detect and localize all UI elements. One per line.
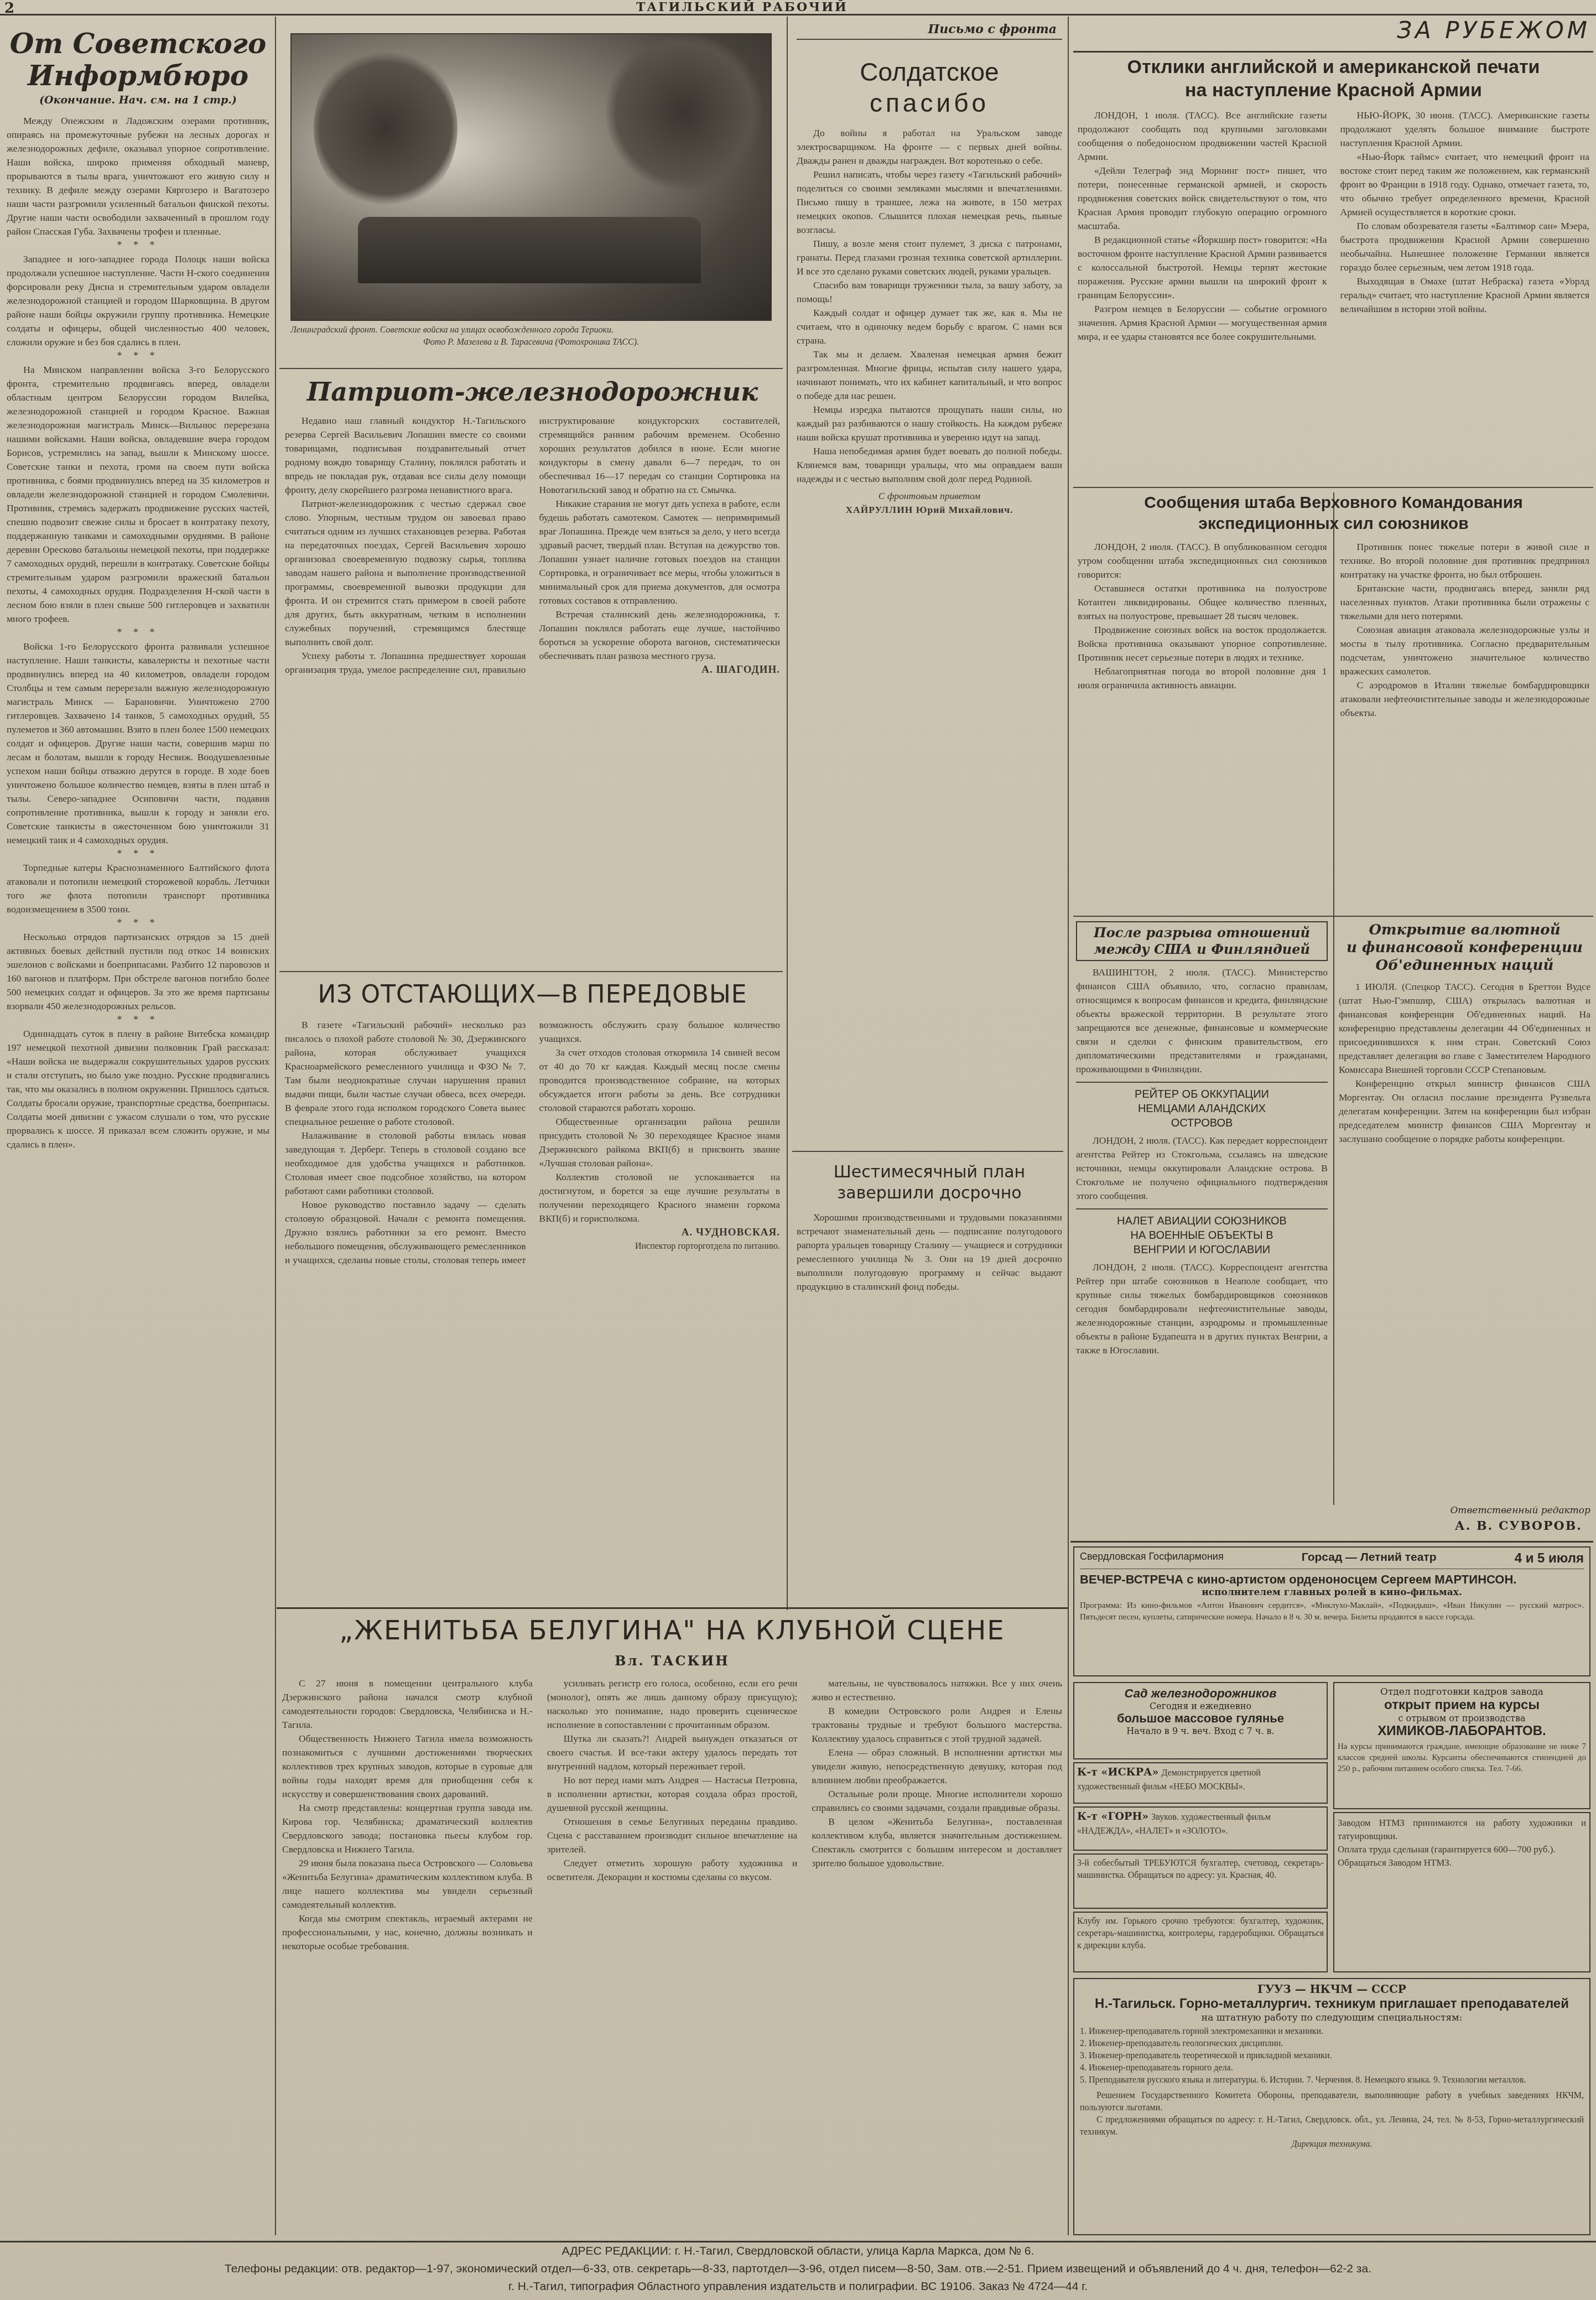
paragraph: Так мы и делаем. Хваленая немецкая армия…: [797, 347, 1062, 403]
technikum-address: С предложениями обращаться по адресу: г.…: [1080, 2114, 1584, 2138]
page-header: 2 ТАГИЛЬСКИЙ РАБОЧИЙ: [0, 0, 1596, 15]
garden-title: Сад железнодорожников: [1078, 1686, 1323, 1701]
conference-title-line1: Открытие валютной: [1339, 921, 1590, 939]
technikum-item: 2. Инженер-преподаватель геологических д…: [1080, 2038, 1584, 2050]
theatre-review-article: „ЖЕНИТЬБА БЕЛУГИНА" НА КЛУБНОЙ СЦЕНЕ Вл.…: [282, 1613, 1062, 2238]
newspaper-page: 2 ТАГИЛЬСКИЙ РАБОЧИЙ От Советского Инфор…: [0, 0, 1596, 2300]
separator: * * *: [7, 847, 269, 861]
paper-name: ТАГИЛЬСКИЙ РАБОЧИЙ: [636, 0, 848, 14]
divider: [1076, 1082, 1328, 1083]
divider: [792, 1151, 1063, 1152]
paragraph: Войска 1-го Белорусского фронта развивал…: [7, 640, 269, 847]
technikum-subtitle: на штатную работу по следующим специальн…: [1080, 2012, 1584, 2023]
garden-line1: Сегодня и ежедневно: [1078, 1701, 1323, 1711]
letter-article: Письмо с фронта Солдатское спасибо До во…: [797, 22, 1062, 1145]
shaef-body: ЛОНДОН, 2 июля. (ТАСС). В опубликованном…: [1078, 540, 1589, 720]
paragraph: НЬЮ-ЙОРК, 30 июня. (ТАСС). Американские …: [1340, 108, 1590, 150]
raid-title-line3: ВЕНГРИИ И ЮГОСЛАВИИ: [1076, 1243, 1328, 1257]
editor-name: А. В. СУВОРОВ.: [1339, 1519, 1582, 1533]
paragraph: Хорошими производственными и трудовыми п…: [797, 1211, 1062, 1294]
canteen-body: В газете «Тагильский рабочий» несколько …: [285, 1018, 780, 1267]
paragraph: Налаживание в столовой работы взялась но…: [285, 1129, 526, 1198]
philharmonic-details: Программа: Из кино-фильмов «Антон Иванов…: [1080, 1600, 1584, 1623]
paragraph: Немцы изредка пытаются прощупать наши си…: [797, 403, 1062, 444]
canteen-signature: А. ЧУДНОВСКАЯ.: [539, 1226, 781, 1239]
paragraph: Никакие старания не могут дать успеха в …: [539, 497, 781, 608]
separator: * * *: [7, 349, 269, 363]
paragraph: До войны я работал на Уральском заводе э…: [797, 126, 1062, 168]
paragraph: В редакционной статье «Йоркшир пост» гов…: [1078, 233, 1327, 302]
plan-article: Шестимесячный план завершили досрочно Хо…: [797, 1162, 1062, 1605]
technikum-director: Дирекция техникума.: [1080, 2138, 1584, 2151]
paragraph: Наша непобедимая армия будет воевать до …: [797, 444, 1062, 486]
divider: [277, 1607, 1068, 1609]
railway-signature: А. ШАГОДИН.: [539, 663, 781, 677]
paragraph: ВАШИНГТОН, 2 июля. (ТАСС). Министерство …: [1076, 965, 1328, 1076]
philharmonic-ad: Свердловская Госфилармония Горсад — Летн…: [1073, 1546, 1590, 1676]
paragraph: Выходящая в Омахе (штат Небраска) газета…: [1340, 274, 1590, 316]
technikum-item: 4. Инженер-преподаватель горного дела.: [1080, 2062, 1584, 2074]
shaef-right-column: Противник понес тяжелые потери в живой с…: [1340, 540, 1590, 720]
reuters-title-line2: НЕМЦАМИ АЛАНДСКИХ: [1076, 1102, 1328, 1116]
paragraph: Следует отметить хорошую работу художник…: [547, 1856, 798, 1884]
sovinform-subtitle: (Окончание. Нач. см. на 1 стр.): [7, 94, 269, 106]
abroad-rubric: ЗА РУБЕЖОМ: [1076, 17, 1590, 50]
philharmonic-title: ВЕЧЕР-ВСТРЕЧА с кино-артистом орденоносц…: [1080, 1572, 1584, 1587]
theatre-review-author: Вл. ТАСКИН: [282, 1653, 1062, 1669]
shaef-article: Сообщения штаба Верховного Командования …: [1078, 492, 1589, 913]
paragraph: Разгром немцев в Белоруссии — событие ог…: [1078, 302, 1327, 344]
lab-text: На курсы принимаются граждане, имеющие о…: [1338, 1741, 1586, 1774]
raid-title-line2: НА ВОЕННЫЕ ОБЪЕКТЫ В: [1076, 1228, 1328, 1243]
review-column: мательны, не чувствовалось натяжки. Все …: [812, 1676, 1062, 1953]
editor-label: Ответственный редактор: [1339, 1505, 1590, 1516]
technikum-note: Решением Государственного Комитета Оборо…: [1080, 2090, 1584, 2114]
plan-title-line2: завершили досрочно: [797, 1183, 1062, 1204]
sovinform-article: От Советского Информбюро (Окончание. Нач…: [7, 28, 269, 2235]
usa-finland-body: ВАШИНГТОН, 2 июля. (ТАСС). Министерство …: [1076, 965, 1328, 1076]
paragraph: Отношения в семье Белугиных переданы пра…: [547, 1815, 798, 1856]
column-rule: [275, 17, 276, 2235]
canteen-title: ИЗ ОТСТАЮЩИХ—В ПЕРЕДОВЫЕ: [285, 978, 780, 1011]
press-newyork-column: НЬЮ-ЙОРК, 30 июня. (ТАСС). Американские …: [1340, 108, 1590, 344]
vacancy-ad-2: Клубу им. Горького срочно требуются: бух…: [1073, 1912, 1328, 1972]
press-title-line1: Отклики английской и американской печати: [1078, 55, 1589, 79]
garden-ad: Сад железнодорожников Сегодня и ежедневн…: [1073, 1682, 1328, 1759]
photo-tree: [601, 34, 767, 189]
photo-tree: [314, 45, 458, 211]
technikum-item: 5. Преподавателя русского языка и литера…: [1080, 2074, 1584, 2086]
ntmz-line3: Обращаться Заводом НТМЗ.: [1338, 1856, 1586, 1870]
paragraph: Оставшиеся остатки противника на полуост…: [1078, 582, 1327, 623]
divider: [279, 368, 783, 369]
paragraph: Общественность Нижнего Тагила имела возм…: [282, 1732, 533, 1801]
paragraph: Патриот-железнодорожник с честью сдержал…: [285, 497, 526, 649]
column-rule: [787, 17, 788, 1610]
paragraph: «Нью-Йорк таймс» считает, что немецкий ф…: [1340, 150, 1590, 219]
paragraph: ЛОНДОН, 2 июля. (ТАСС). Корреспондент аг…: [1076, 1260, 1328, 1357]
press-london-column: ЛОНДОН, 1 июля. (ТАСС). Все английские г…: [1078, 108, 1327, 344]
divider: [1073, 916, 1593, 917]
paragraph: На Минском направлении войска 3-го Белор…: [7, 363, 269, 626]
letter-title-line2: спасибо: [797, 87, 1062, 118]
paragraph: ЛОНДОН, 2 июля. (ТАСС). Как передает кор…: [1076, 1134, 1328, 1203]
photo-vehicle: [358, 217, 701, 283]
canteen-signature-role: Инспектор горторготдела по питанию.: [539, 1239, 781, 1253]
paragraph: С аэродромов в Италии тяжелые бомбардиро…: [1340, 678, 1590, 720]
page-number: 2: [4, 0, 14, 17]
cinema-name: К-т «ИСКРА»: [1077, 1766, 1158, 1778]
conference-article: Открытие валютной и финансовой конференц…: [1339, 921, 1590, 1502]
separator: * * *: [7, 238, 269, 252]
ntmz-line2: Оплата труда сдельная (гарантируется 600…: [1338, 1843, 1586, 1856]
photo-caption: Ленинградский фронт. Советские войска на…: [290, 324, 772, 336]
reuters-body: ЛОНДОН, 2 июля. (ТАСС). Как передает кор…: [1076, 1134, 1328, 1203]
lab-line2: открыт прием на курсы: [1338, 1697, 1586, 1713]
philharmonic-org: Свердловская Госфилармония: [1080, 1551, 1224, 1566]
letter-body: До войны я работал на Уральском заводе э…: [797, 126, 1062, 517]
philharmonic-desc: исполнителем главных ролей в кино-фильма…: [1080, 1587, 1584, 1598]
paragraph: Спасибо вам товарищи труженики тыла, за …: [797, 278, 1062, 306]
plan-body: Хорошими производственными и трудовыми п…: [797, 1211, 1062, 1294]
shaef-left-column: ЛОНДОН, 2 июля. (ТАСС). В опубликованном…: [1078, 540, 1327, 720]
paragraph: На смотр представлены: концертная группа…: [282, 1801, 533, 1856]
divider: [1076, 1208, 1328, 1209]
shaef-title-line2: экспедиционных сил союзников: [1078, 513, 1589, 534]
paragraph: Елена — образ сложный. В исполнении арти…: [812, 1746, 1062, 1787]
vacancy-text: 3-й собесбытый ТРЕБУЮТСЯ бухгалтер, счет…: [1077, 1857, 1324, 1882]
paragraph: Когда мы смотрим спектакль, играемый акт…: [282, 1912, 533, 1953]
raid-title-line1: НАЛЕТ АВИАЦИИ СОЮЗНИКОВ: [1076, 1214, 1328, 1228]
paragraph: Между Онежским и Ладожским озерами проти…: [7, 114, 269, 238]
conference-body: 1 ИЮЛЯ. (Спецкор ТАСС). Сегодня в Бретто…: [1339, 980, 1590, 1146]
letter-signature: ХАЙРУЛЛИН Юрий Михайлович.: [797, 503, 1062, 517]
paragraph: Противник понес тяжелые потери в живой с…: [1340, 540, 1590, 582]
photo-caption-block: Ленинградский фронт. Советские войска на…: [290, 324, 772, 363]
paragraph: С 27 июня в помещении центрального клуба…: [282, 1676, 533, 1732]
technikum-list: 1. Инженер-преподаватель горной электром…: [1080, 2026, 1584, 2151]
usa-finland-title-line2: между США и Финляндией: [1079, 941, 1324, 958]
paragraph: Общественные организации района решили п…: [539, 1115, 781, 1170]
column-rule: [1068, 17, 1069, 2235]
divider: [1073, 51, 1593, 53]
plan-title-line1: Шестимесячный план: [797, 1162, 1062, 1183]
raid-body: ЛОНДОН, 2 июля. (ТАСС). Корреспондент аг…: [1076, 1260, 1328, 1357]
sovinform-title-line1: От Советского: [7, 28, 269, 60]
photo-credit: Фото Р. Мазелева и В. Тарасевича (Фотохр…: [290, 336, 772, 349]
footer-printer: г. Н.-Тагил, типография Областного управ…: [0, 2278, 1596, 2296]
usa-finland-title-line1: После разрыва отношений: [1079, 925, 1324, 941]
garden-line2: большое массовое гулянье: [1078, 1711, 1323, 1726]
technikum-ad: ГУУЗ — НКЧМ — СССР Н.-Тагильск. Горно-ме…: [1073, 1978, 1590, 2235]
theatre-review-body: С 27 июня в помещении центрального клуба…: [282, 1676, 1062, 1953]
separator: * * *: [7, 1013, 269, 1027]
paragraph: Западнее и юго-западнее города Полоцк на…: [7, 252, 269, 349]
railway-title: Патриот-железнодорожник: [285, 375, 780, 408]
railway-body: Недавно наш главный кондуктор Н.-Тагильс…: [285, 414, 780, 677]
technikum-title: Н.-Тагильск. Горно-металлургич. техникум…: [1080, 1996, 1584, 2012]
paragraph: усиливать регистр его голоса, особенно, …: [547, 1676, 798, 1732]
paragraph: В комедии Островского роли Андрея и Елен…: [812, 1704, 1062, 1746]
paragraph: 29 июня была показана пьеса Островского …: [282, 1856, 533, 1912]
ntmz-line1: Заводом НТМЗ принимаются на работу худож…: [1338, 1816, 1586, 1843]
paragraph: По словам обозревателя газеты «Балтимор …: [1340, 219, 1590, 274]
paragraph: Пишу, а возле меня стоит пулемет, 3 диск…: [797, 237, 1062, 278]
paragraph: мательны, не чувствовалось натяжки. Все …: [812, 1676, 1062, 1704]
lab-line1: Отдел подготовки кадров завода: [1338, 1686, 1586, 1697]
divider: [1070, 1541, 1593, 1543]
reuters-title-line1: РЕЙТЕР ОБ ОККУПАЦИИ: [1076, 1087, 1328, 1102]
ntmz-ad: Заводом НТМЗ принимаются на работу худож…: [1333, 1812, 1590, 1972]
footer-phones: Телефоны редакции: отв. редактор—1-97, э…: [0, 2260, 1596, 2278]
letter-rubric: Письмо с фронта: [797, 22, 1062, 40]
canteen-article: ИЗ ОТСТАЮЩИХ—В ПЕРЕДОВЫЕ В газете «Тагил…: [285, 978, 780, 1598]
paragraph: «Дейли Телеграф энд Морнинг пост» пишет,…: [1078, 164, 1327, 233]
news-brief-column: После разрыва отношений между США и Финл…: [1076, 921, 1328, 1502]
conference-title-line2: и финансовой конференции: [1339, 939, 1590, 957]
railway-article: Патриот-железнодорожник Недавно наш глав…: [285, 375, 780, 967]
technikum-item: 1. Инженер-преподаватель горной электром…: [1080, 2026, 1584, 2038]
paragraph: Недавно наш главный кондуктор Н.-Тагильс…: [285, 414, 526, 497]
reuters-title-line3: ОСТРОВОВ: [1076, 1116, 1328, 1130]
usa-finland-headline-box: После разрыва отношений между США и Финл…: [1076, 921, 1328, 961]
technikum-header: ГУУЗ — НКЧМ — СССР: [1080, 1982, 1584, 1996]
divider: [1073, 487, 1593, 488]
paragraph: Неблагоприятная погода во второй половин…: [1078, 664, 1327, 692]
paragraph: Торпедные катеры Краснознаменного Балтий…: [7, 861, 269, 916]
review-column: усиливать регистр его голоса, особенно, …: [547, 1676, 798, 1953]
paragraph: Продвижение союзных войск на восток прод…: [1078, 623, 1327, 664]
vacancy-ad-1: 3-й собесбытый ТРЕБУЮТСЯ бухгалтер, счет…: [1073, 1854, 1328, 1909]
letter-title-line1: Солдатское: [797, 56, 1062, 87]
theatre-review-title: „ЖЕНИТЬБА БЕЛУГИНА" НА КЛУБНОЙ СЦЕНЕ: [282, 1613, 1062, 1648]
philharmonic-dates: 4 и 5 июля: [1515, 1551, 1584, 1566]
paragraph: Одиннадцать суток в плену в районе Витеб…: [7, 1027, 269, 1151]
paragraph: Конференцию открыл министр финансов США …: [1339, 1077, 1590, 1146]
sovinform-title-line2: Информбюро: [7, 60, 269, 92]
paragraph: Остальные роли проще. Многие исполнители…: [812, 1787, 1062, 1815]
paragraph: ЛОНДОН, 1 июля. (ТАСС). Все английские г…: [1078, 108, 1327, 164]
paragraph: Британские части, продвигаясь вперед, за…: [1340, 582, 1590, 623]
press-responses-article: Отклики английской и американской печати…: [1078, 55, 1589, 487]
separator: * * *: [7, 916, 269, 930]
paragraph: Шутка ли сказать?! Андрей вынужден отказ…: [547, 1732, 798, 1773]
lab-line4: ХИМИКОВ-ЛАБОРАНТОВ.: [1338, 1723, 1586, 1739]
footer-address: АДРЕС РЕДАКЦИИ: г. Н.-Тагил, Свердловско…: [0, 2242, 1596, 2260]
conference-title-line3: Об'единенных наций: [1339, 957, 1590, 974]
front-photo: [290, 33, 772, 321]
paragraph: За счет отходов столовая откормила 14 св…: [539, 1046, 781, 1115]
separator: * * *: [7, 626, 269, 640]
philharmonic-venue: Горсад — Летний театр: [1302, 1551, 1437, 1566]
press-title-line2: на наступление Красной Армии: [1078, 79, 1589, 102]
paragraph: Коллектив столовой не успокаивается на д…: [539, 1170, 781, 1226]
paragraph: ЛОНДОН, 2 июля. (ТАСС). В опубликованном…: [1078, 540, 1327, 582]
paragraph: Несколько отрядов партизанских отрядов з…: [7, 930, 269, 1013]
garden-line3: Начало в 9 ч. веч. Вход с 7 ч. в.: [1078, 1726, 1323, 1736]
vacancy-text: Клубу им. Горького срочно требуются: бух…: [1077, 1915, 1324, 1952]
lab-line3: с отрывом от производства: [1338, 1713, 1586, 1723]
paragraph: В газете «Тагильский рабочий» несколько …: [285, 1018, 526, 1129]
cinema-ad-gorn: К-т «ГОРН» Звуков. художественный фильм …: [1073, 1806, 1328, 1851]
paragraph: Решил написать, чтобы через газету «Таги…: [797, 168, 1062, 237]
shaef-title-line1: Сообщения штаба Верховного Командования: [1078, 492, 1589, 513]
review-column: С 27 июня в помещении центрального клуба…: [282, 1676, 533, 1953]
paragraph: 1 ИЮЛЯ. (Спецкор ТАСС). Сегодня в Бретто…: [1339, 980, 1590, 1077]
paragraph: Союзная авиация атаковала железнодорожны…: [1340, 623, 1590, 678]
sovinform-body: Между Онежским и Ладожским озерами проти…: [7, 114, 269, 1151]
cinema-ad-iskra: К-т «ИСКРА» Демонстрируется цветной худо…: [1073, 1762, 1328, 1804]
press-body: ЛОНДОН, 1 июля. (ТАСС). Все английские г…: [1078, 108, 1589, 344]
divider: [279, 971, 783, 972]
paragraph: Но вот перед нами мать Андрея — Настасья…: [547, 1773, 798, 1815]
paragraph: Встречая сталинский день железнодорожник…: [539, 608, 781, 663]
paragraph: В целом «Женитьба Белугина», поставленна…: [812, 1815, 1062, 1870]
lab-courses-ad: Отдел подготовки кадров завода открыт пр…: [1333, 1682, 1590, 1809]
page-footer: АДРЕС РЕДАКЦИИ: г. Н.-Тагил, Свердловско…: [0, 2241, 1596, 2300]
technikum-item: 3. Инженер-преподаватель теоретической и…: [1080, 2050, 1584, 2062]
paragraph: Каждый солдат и офицер думает так же, ка…: [797, 306, 1062, 347]
letter-signoff: С фронтовым приветом: [797, 489, 1062, 503]
cinema-name: К-т «ГОРН»: [1077, 1810, 1148, 1823]
philharmonic-header: Свердловская Госфилармония Горсад — Летн…: [1080, 1551, 1584, 1569]
